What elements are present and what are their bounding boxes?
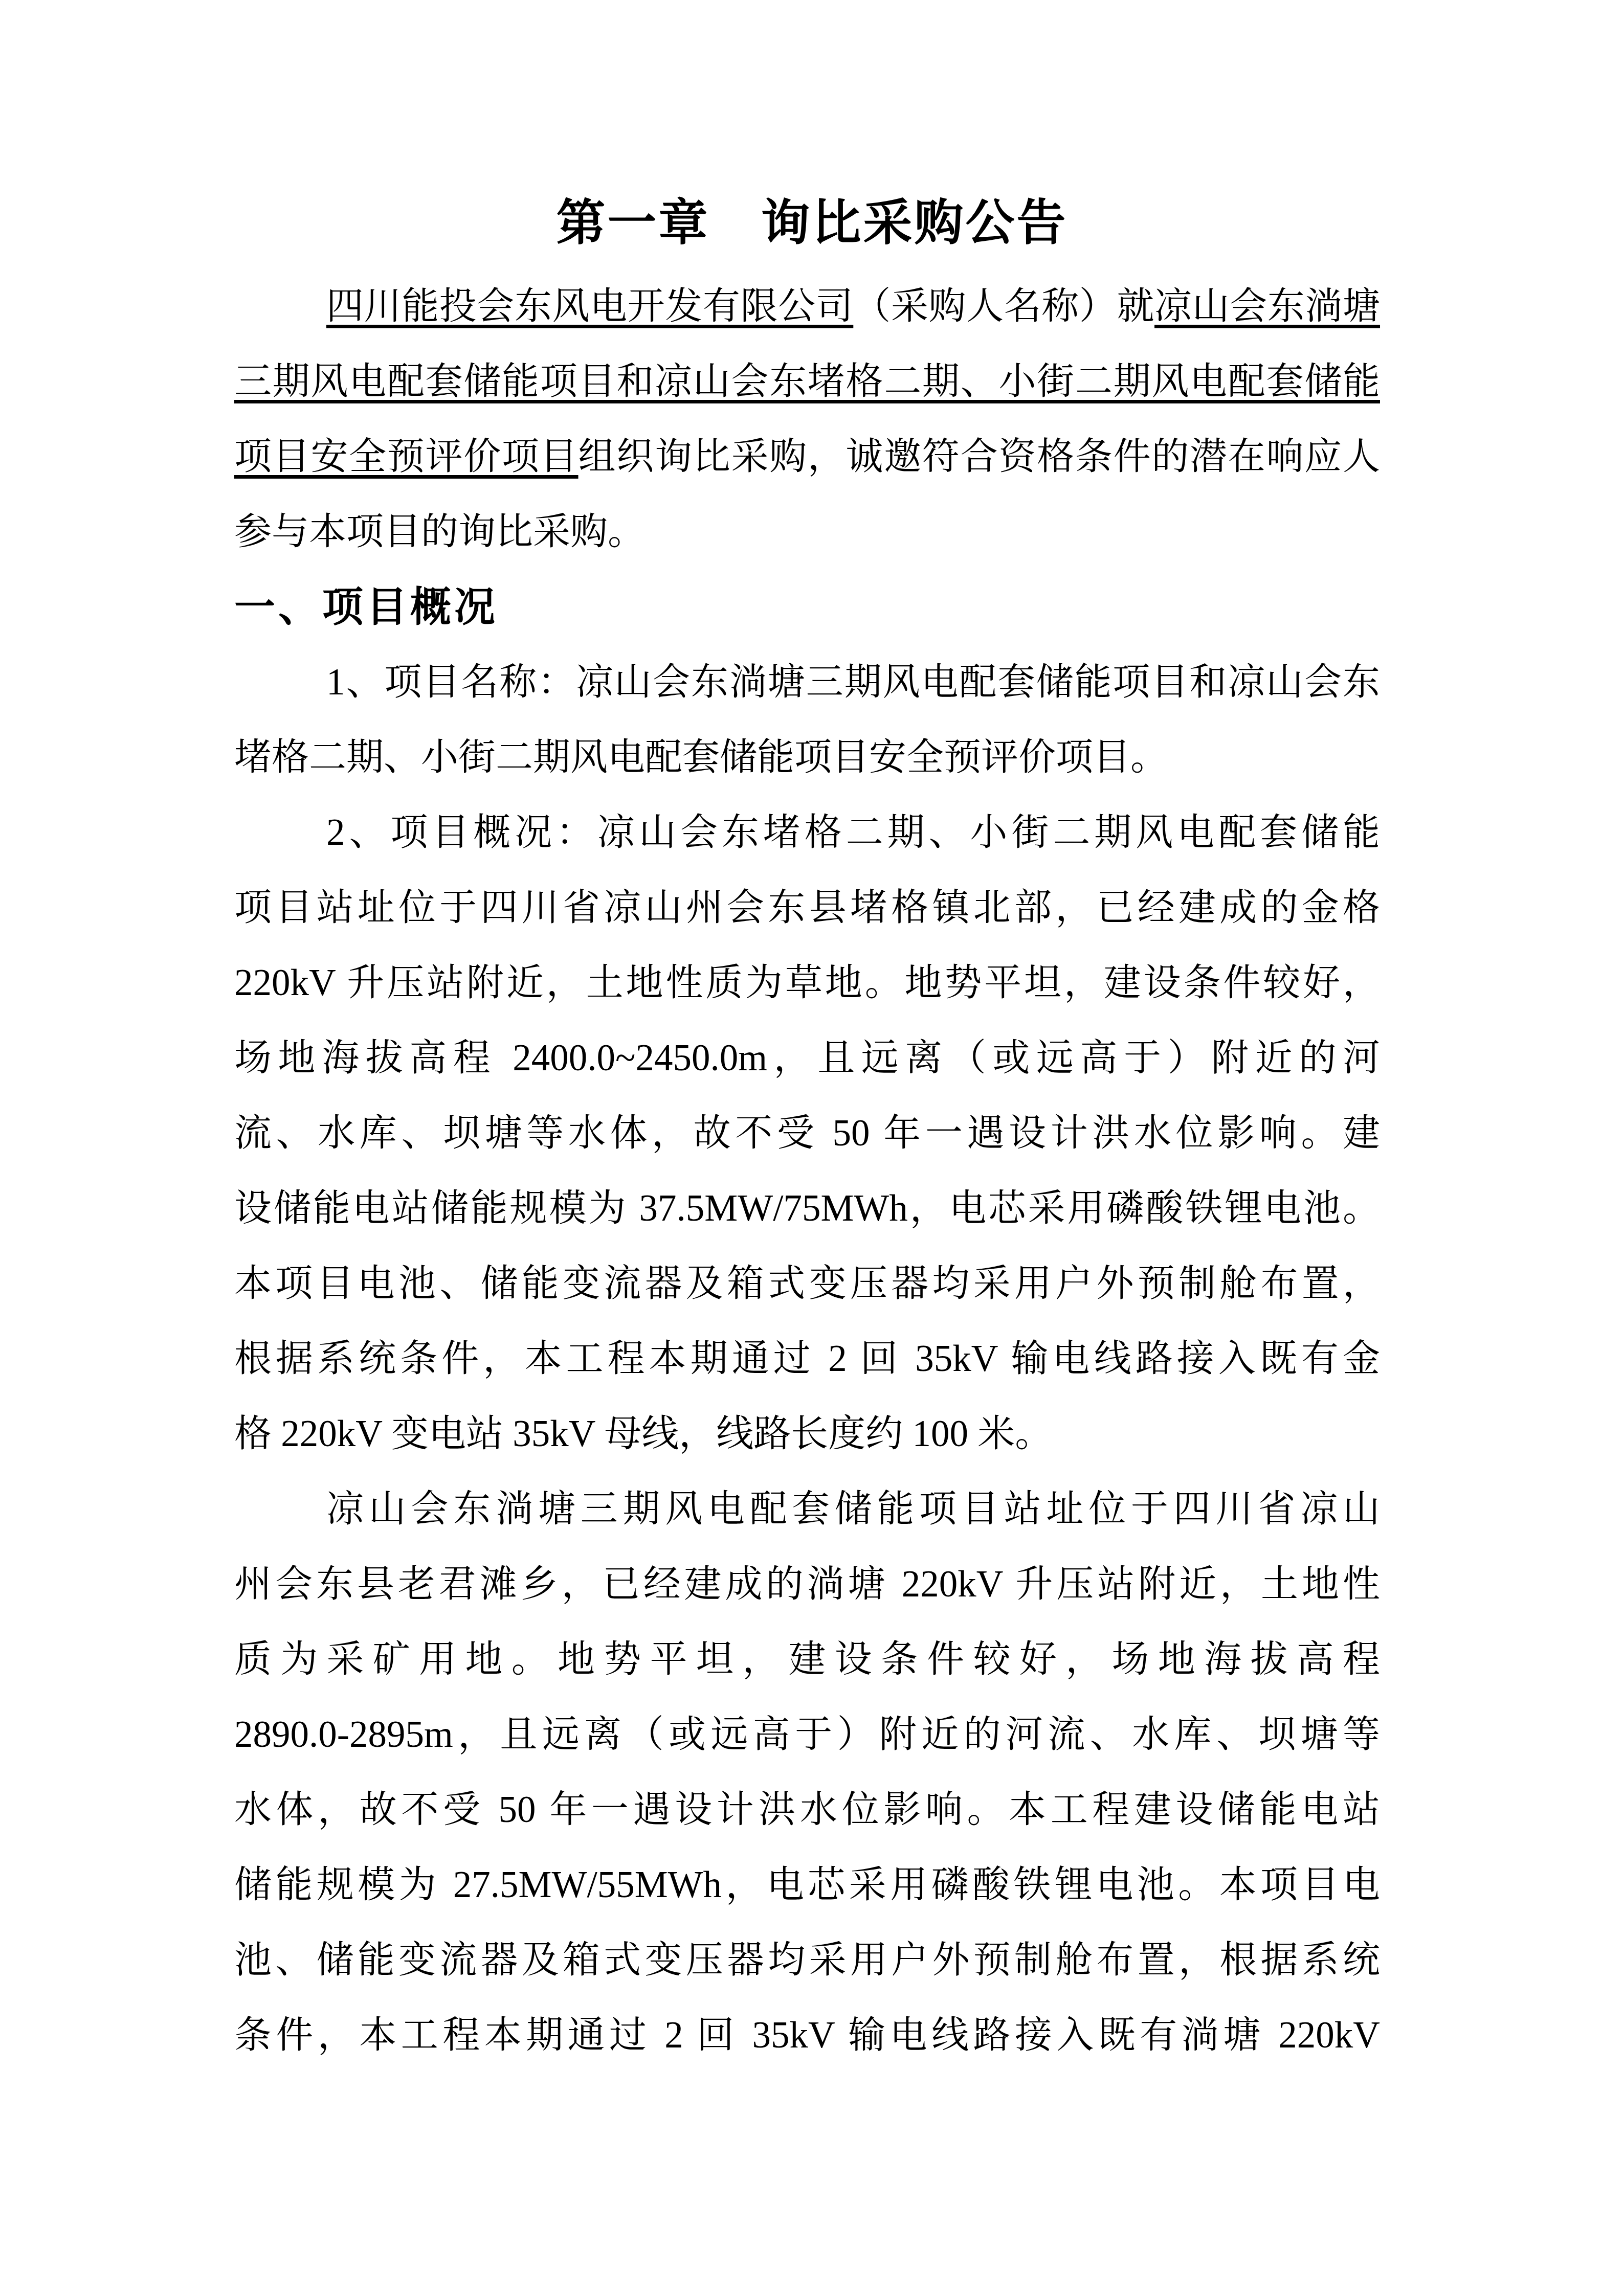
text-line: 四川能投会东风电开发有限公司（采购人名称）就凉山会东淌塘 [234,268,1380,344]
text-line: 参与本项目的询比采购。 [234,494,1380,569]
text-line: 池、储能变流器及箱式变压器均采用户外预制舱布置，根据系统 [234,1922,1380,1997]
text-line: 凉山会东淌塘三期风电配套储能项目站址位于四川省凉山 [234,1471,1380,1546]
text-line: 流、水库、坝塘等水体，故不受 50 年一遇设计洪水位影响。建 [234,1095,1380,1170]
text-line: 三期风电配套储能项目和凉山会东堵格二期、小街二期风电配套储能 [234,344,1380,419]
document-body: { "doc": { "title": "第一章 询比采购公告", "p1": … [0,0,1624,2296]
underlined-project-name-start: 凉山会东淌塘 [1154,285,1380,327]
text-line: 根据系统条件，本工程本期通过 2 回 35kV 输电线路接入既有金 [234,1321,1380,1396]
underlined-project-name: 三期风电配套储能项目和凉山会东堵格二期、小街二期风电配套储能 [234,361,1380,402]
text-line: 水体，故不受 50 年一遇设计洪水位影响。本工程建设储能电站 [234,1772,1380,1847]
text-segment: （采购人名称）就 [853,285,1154,327]
text-line: 1、项目名称：凉山会东淌塘三期风电配套储能项目和凉山会东 [234,644,1380,719]
text-line: 场地海拔高程 2400.0~2450.0m，且远离（或远高于）附近的河 [234,1020,1380,1095]
text-line: 储能规模为 27.5MW/55MWh，电芯采用磷酸铁锂电池。本项目电 [234,1847,1380,1922]
text-line: 2、项目概况：凉山会东堵格二期、小街二期风电配套储能 [234,795,1380,870]
text-line: 格 220kV 变电站 35kV 母线，线路长度约 100 米。 [234,1396,1380,1471]
text-line: 220kV 升压站附近，土地性质为草地。地势平坦，建设条件较好， [234,945,1380,1020]
text-segment: 组织询比采购，诚邀符合资格条件的潜在响应人 [579,436,1380,477]
underlined-purchaser-name: 四川能投会东风电开发有限公司 [326,285,853,327]
text-line: 质为采矿用地。地势平坦，建设条件较好，场地海拔高程 [234,1622,1380,1697]
text-line: 条件，本工程本期通过 2 回 35kV 输电线路接入既有淌塘 220kV [234,1997,1380,2073]
document-content: 四川能投会东风电开发有限公司（采购人名称）就凉山会东淌塘 三期风电配套储能项目和… [234,268,1380,2073]
text-line: 项目安全预评价项目组织询比采购，诚邀符合资格条件的潜在响应人 [234,419,1380,494]
text-line: 2890.0-2895m，且远离（或远高于）附近的河流、水库、坝塘等 [234,1697,1380,1772]
text-line: 州会东县老君滩乡，已经建成的淌塘 220kV 升压站附近，土地性 [234,1546,1380,1622]
text-line: 堵格二期、小街二期风电配套储能项目安全预评价项目。 [234,719,1380,795]
underlined-project-name-end: 项目安全预评价项目 [234,436,579,477]
section-heading-project-overview: 一、项目概况 [234,569,1380,644]
chapter-title: 第一章 询比采购公告 [0,190,1624,256]
text-line: 设储能电站储能规模为 37.5MW/75MWh，电芯采用磷酸铁锂电池。 [234,1170,1380,1246]
text-line: 项目站址位于四川省凉山州会东县堵格镇北部，已经建成的金格 [234,870,1380,945]
text-line: 本项目电池、储能变流器及箱式变压器均采用户外预制舱布置， [234,1246,1380,1321]
